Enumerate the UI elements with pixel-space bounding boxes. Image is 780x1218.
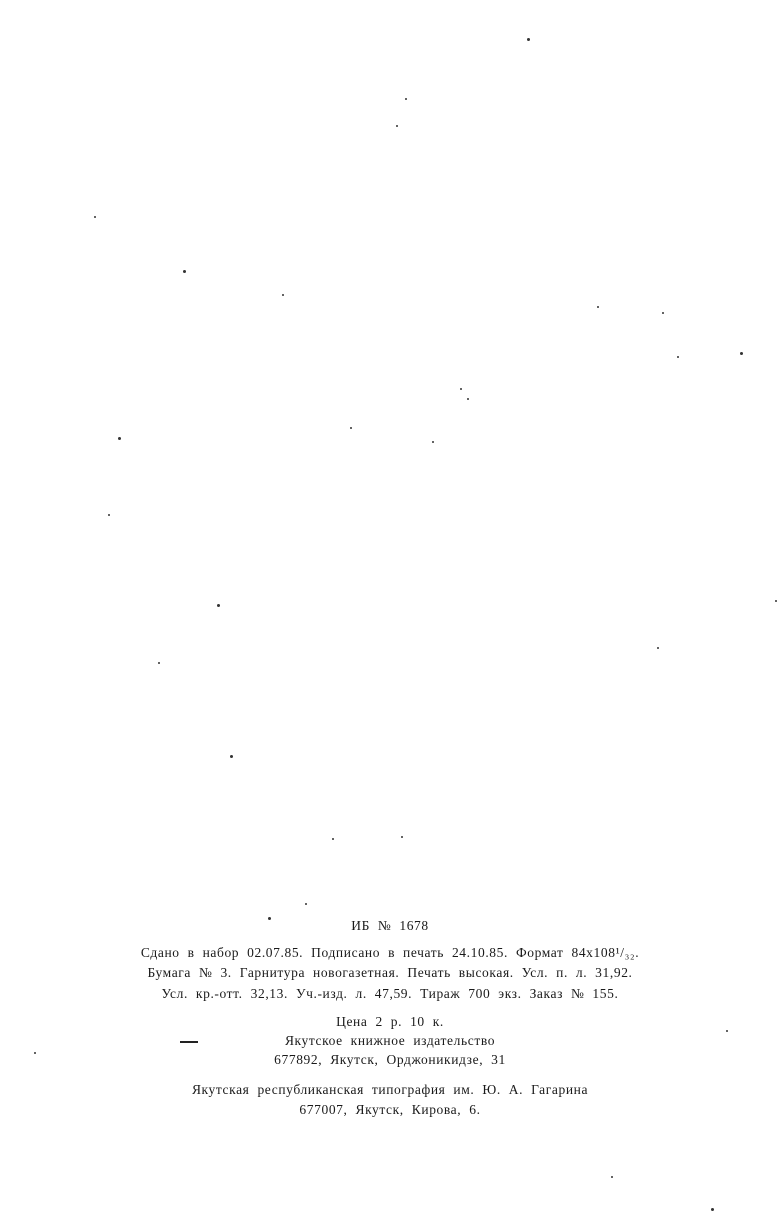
print-details-line-3: Усл. кр.-отт. 32,13. Уч.-изд. л. 47,59. …	[0, 986, 780, 1002]
ib-number: ИБ № 1678	[0, 918, 780, 934]
printer-name: Якутская республиканская типография им. …	[0, 1082, 780, 1098]
publisher-address: 677892, Якутск, Орджоникидзе, 31	[0, 1052, 780, 1068]
publisher-name: Якутское книжное издательство	[0, 1033, 780, 1049]
print-details-line-2: Бумага № 3. Гарнитура новогазетная. Печа…	[0, 965, 780, 981]
price: Цена 2 р. 10 к.	[0, 1014, 780, 1030]
print-details-line-1: Сдано в набор 02.07.85. Подписано в печа…	[0, 945, 780, 961]
printer-address: 677007, Якутск, Кирова, 6.	[0, 1102, 780, 1118]
